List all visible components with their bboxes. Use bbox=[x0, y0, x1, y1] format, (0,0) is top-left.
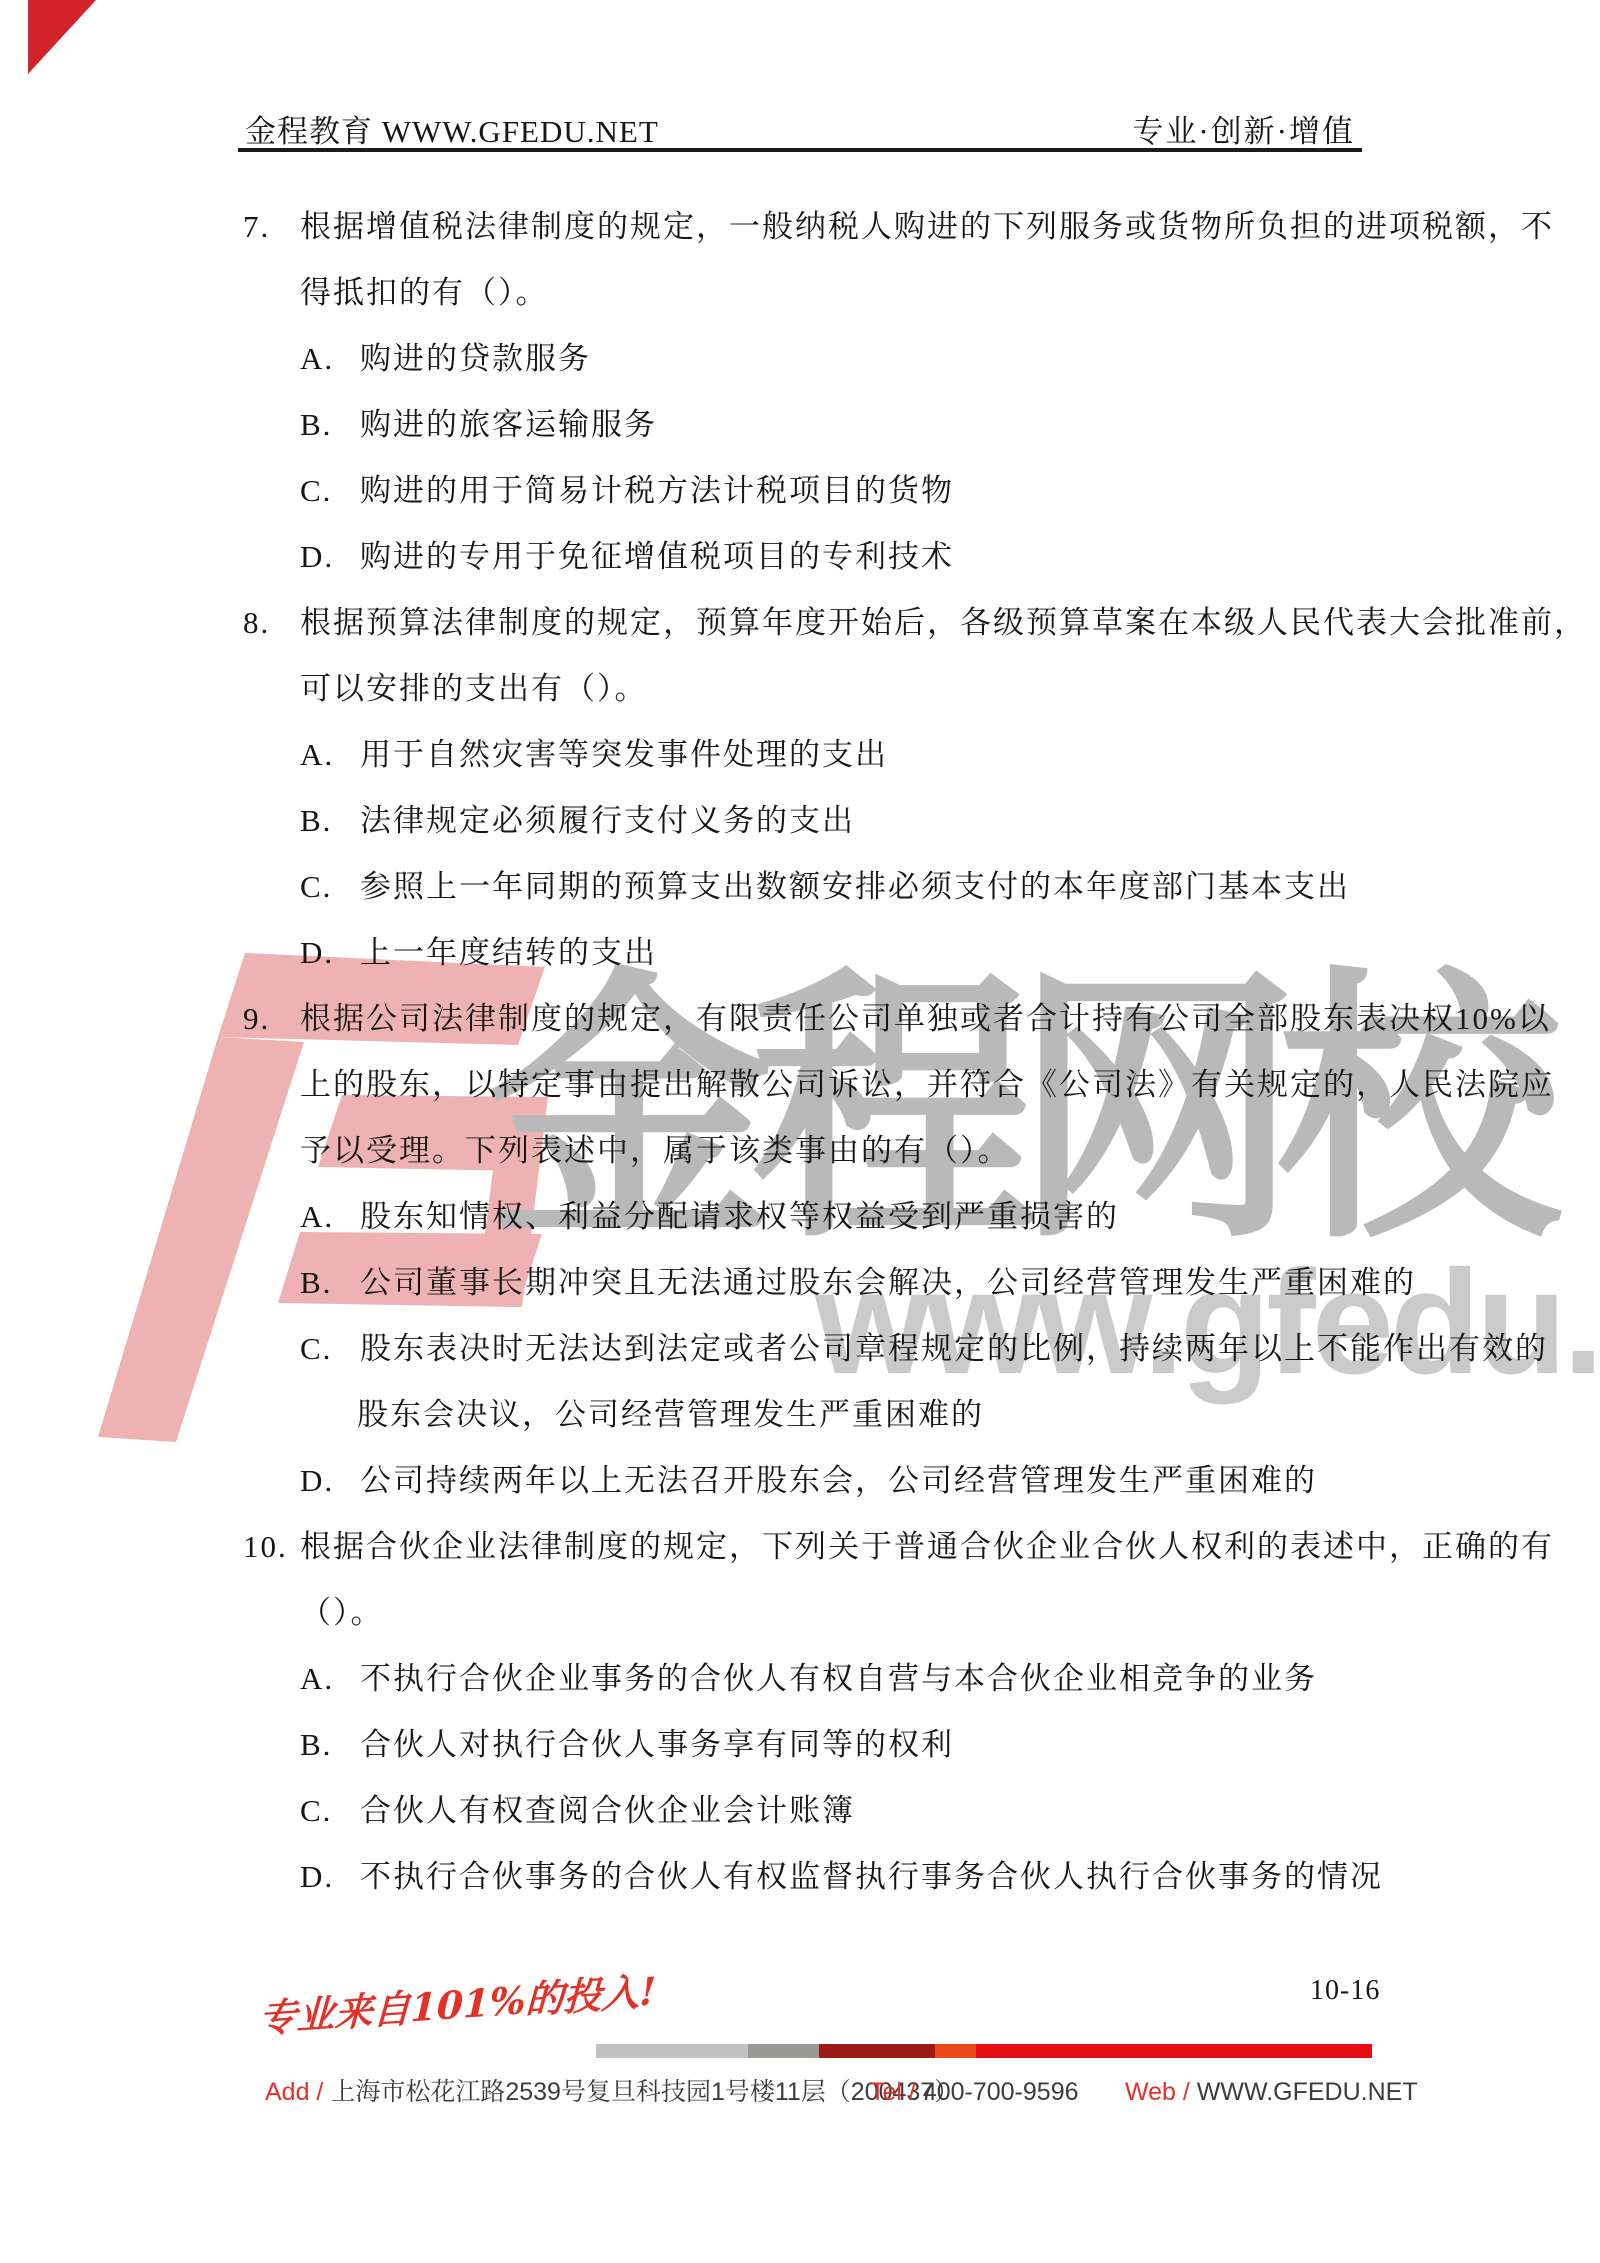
footer-contact-row: Add / 上海市松花江路2539号复旦科技园1号楼11层（200437） Te… bbox=[0, 2072, 1600, 2112]
option-text: 购进的贷款服务 bbox=[360, 341, 591, 376]
option-text: 不执行合伙企业事务的合伙人有权自营与本合伙企业相竞争的业务 bbox=[360, 1661, 1317, 1696]
option-text: 不执行合伙事务的合伙人有权监督执行事务合伙人执行合伙事务的情况 bbox=[360, 1859, 1383, 1894]
option-label: A. bbox=[300, 722, 360, 788]
address-value: 上海市松花江路2539号复旦科技园1号楼11层（200437） bbox=[330, 2078, 959, 2106]
question-7-stem-line-1: 7.根据增值税法律制度的规定，一般纳税人购进的下列服务或货物所负担的进项税额，不 bbox=[0, 194, 1600, 260]
option-text: 上一年度结转的支出 bbox=[360, 935, 657, 970]
question-9-stem-text-3: 予以受理。下列表述中，属于该类事由的有（）。 bbox=[300, 1133, 1011, 1168]
question-10-stem-text: 根据合伙企业法律制度的规定，下列关于普通合伙企业合伙人权利的表述中，正确的有 bbox=[300, 1529, 1554, 1564]
option-label: A. bbox=[300, 326, 360, 392]
question-7-stem-text: 根据增值税法律制度的规定，一般纳税人购进的下列服务或货物所负担的进项税额，不 bbox=[300, 209, 1554, 244]
option-label: B. bbox=[300, 1712, 360, 1778]
footer-telephone: Tel / 400-700-9596 bbox=[870, 2072, 1079, 2112]
option-text: 公司持续两年以上无法召开股东会，公司经营管理发生严重困难的 bbox=[360, 1463, 1317, 1498]
question-9-stem-line-1: 9.根据公司法律制度的规定，有限责任公司单独或者合计持有公司全部股东表决权10%… bbox=[0, 986, 1600, 1052]
option-label: D. bbox=[300, 1448, 360, 1514]
question-7-stem-line-2: 得抵扣的有（）。 bbox=[0, 260, 1600, 326]
web-label: Web / bbox=[1125, 2078, 1190, 2106]
option-text: 合伙人对执行合伙人事务享有同等的权利 bbox=[360, 1727, 954, 1762]
question-10-number: 10. bbox=[243, 1514, 300, 1580]
option-label: A. bbox=[300, 1184, 360, 1250]
question-9-stem-text: 根据公司法律制度的规定，有限责任公司单独或者合计持有公司全部股东表决权10%以 bbox=[300, 1001, 1551, 1036]
question-10-option-a: A.不执行合伙企业事务的合伙人有权自营与本合伙企业相竞争的业务 bbox=[0, 1646, 1600, 1712]
question-8-option-a: A.用于自然灾害等突发事件处理的支出 bbox=[0, 722, 1600, 788]
question-8-stem-text: 根据预算法律制度的规定，预算年度开始后，各级预算草案在本级人民代表大会批准前， bbox=[300, 605, 1587, 640]
option-text-wrap: 股东会决议，公司经营管理发生严重困难的 bbox=[357, 1397, 984, 1432]
question-9-option-c-line-2: 股东会决议，公司经营管理发生严重困难的 bbox=[0, 1382, 1600, 1448]
option-text: 合伙人有权查阅合伙企业会计账簿 bbox=[360, 1793, 855, 1828]
question-9-option-a: A.股东知情权、利益分配请求权等权益受到严重损害的 bbox=[0, 1184, 1600, 1250]
option-text: 参照上一年同期的预算支出数额安排必须支付的本年度部门基本支出 bbox=[360, 869, 1350, 904]
bar-segment-gray bbox=[748, 2044, 819, 2058]
question-9-option-d: D.公司持续两年以上无法召开股东会，公司经营管理发生严重困难的 bbox=[0, 1448, 1600, 1514]
option-label: C. bbox=[300, 458, 360, 524]
question-8-option-b: B.法律规定必须履行支付义务的支出 bbox=[0, 788, 1600, 854]
option-text: 法律规定必须履行支付义务的支出 bbox=[360, 803, 855, 838]
page-number: 10-16 bbox=[1310, 1975, 1380, 2007]
option-text: 购进的专用于免征增值税项目的专利技术 bbox=[360, 539, 954, 574]
bar-segment-darkred bbox=[819, 2044, 935, 2058]
option-text: 股东表决时无法达到法定或者公司章程规定的比例，持续两年以上不能作出有效的 bbox=[360, 1331, 1548, 1366]
question-9-stem-line-2: 上的股东，以特定事由提出解散公司诉讼，并符合《公司法》有关规定的，人民法院应 bbox=[0, 1052, 1600, 1118]
question-9-option-b: B.公司董事长期冲突且无法通过股东会解决，公司经营管理发生严重困难的 bbox=[0, 1250, 1600, 1316]
option-label: B. bbox=[300, 788, 360, 854]
footer-website: Web / WWW.GFEDU.NET bbox=[1125, 2072, 1418, 2112]
question-9-number: 9. bbox=[243, 986, 300, 1052]
question-8-number: 8. bbox=[243, 590, 300, 656]
option-label: D. bbox=[300, 524, 360, 590]
question-10-stem-text-2: （）。 bbox=[300, 1595, 384, 1630]
question-7-number: 7. bbox=[243, 194, 300, 260]
footer-gradient-bar bbox=[596, 2044, 1372, 2058]
question-7-option-c: C.购进的用于简易计税方法计税项目的货物 bbox=[0, 458, 1600, 524]
footer-address: Add / 上海市松花江路2539号复旦科技园1号楼11层（200437） bbox=[265, 2072, 959, 2112]
question-7-option-a: A.购进的贷款服务 bbox=[0, 326, 1600, 392]
document-page: 金程教育 WWW.GFEDU.NET 专业·创新·增值 金程网校 www.gfe… bbox=[0, 0, 1600, 2263]
option-label: D. bbox=[300, 1844, 360, 1910]
option-label: B. bbox=[300, 1250, 360, 1316]
question-9-stem-text-2: 上的股东，以特定事由提出解散公司诉讼，并符合《公司法》有关规定的，人民法院应 bbox=[300, 1067, 1554, 1102]
question-10-stem-line-2: （）。 bbox=[0, 1580, 1600, 1646]
option-label: A. bbox=[300, 1646, 360, 1712]
tel-value: 400-700-9596 bbox=[923, 2078, 1079, 2106]
option-label: D. bbox=[300, 920, 360, 986]
tel-label: Tel / bbox=[870, 2078, 916, 2106]
option-label: C. bbox=[300, 1778, 360, 1844]
question-7-stem-text-2: 得抵扣的有（）。 bbox=[300, 275, 549, 310]
question-7-option-b: B.购进的旅客运输服务 bbox=[0, 392, 1600, 458]
address-label: Add / bbox=[265, 2078, 323, 2106]
option-label: B. bbox=[300, 392, 360, 458]
question-9-option-c: C.股东表决时无法达到法定或者公司章程规定的比例，持续两年以上不能作出有效的 bbox=[0, 1316, 1600, 1382]
question-10-option-d: D.不执行合伙事务的合伙人有权监督执行事务合伙人执行合伙事务的情况 bbox=[0, 1844, 1600, 1910]
question-list: 7.根据增值税法律制度的规定，一般纳税人购进的下列服务或货物所负担的进项税额，不… bbox=[0, 194, 1600, 1910]
option-text: 购进的用于简易计税方法计税项目的货物 bbox=[360, 473, 954, 508]
question-9-stem-line-3: 予以受理。下列表述中，属于该类事由的有（）。 bbox=[0, 1118, 1600, 1184]
option-label: C. bbox=[300, 854, 360, 920]
option-text: 用于自然灾害等突发事件处理的支出 bbox=[360, 737, 888, 772]
question-8-stem-line-1: 8.根据预算法律制度的规定，预算年度开始后，各级预算草案在本级人民代表大会批准前… bbox=[0, 590, 1600, 656]
bar-segment-orange bbox=[935, 2044, 976, 2058]
bar-segment-lightgray bbox=[596, 2044, 748, 2058]
bar-segment-red bbox=[976, 2044, 1372, 2058]
question-8-stem-text-2: 可以安排的支出有（）。 bbox=[300, 671, 648, 706]
option-label: C. bbox=[300, 1316, 360, 1382]
question-8-stem-line-2: 可以安排的支出有（）。 bbox=[0, 656, 1600, 722]
question-10-option-b: B.合伙人对执行合伙人事务享有同等的权利 bbox=[0, 1712, 1600, 1778]
option-text: 股东知情权、利益分配请求权等权益受到严重损害的 bbox=[360, 1199, 1119, 1234]
question-8-option-c: C.参照上一年同期的预算支出数额安排必须支付的本年度部门基本支出 bbox=[0, 854, 1600, 920]
question-7-option-d: D.购进的专用于免征增值税项目的专利技术 bbox=[0, 524, 1600, 590]
option-text: 公司董事长期冲突且无法通过股东会解决，公司经营管理发生严重困难的 bbox=[360, 1265, 1416, 1300]
web-value: WWW.GFEDU.NET bbox=[1197, 2078, 1418, 2106]
question-8-option-d: D.上一年度结转的支出 bbox=[0, 920, 1600, 986]
question-10-stem-line-1: 10.根据合伙企业法律制度的规定，下列关于普通合伙企业合伙人权利的表述中，正确的… bbox=[0, 1514, 1600, 1580]
option-text: 购进的旅客运输服务 bbox=[360, 407, 657, 442]
question-10-option-c: C.合伙人有权查阅合伙企业会计账簿 bbox=[0, 1778, 1600, 1844]
